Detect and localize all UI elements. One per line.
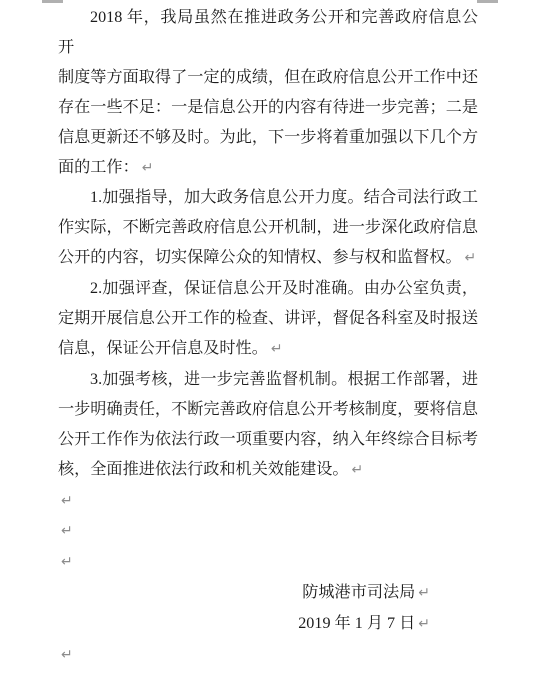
empty-paragraphs-before-signature: ↵↵↵: [58, 486, 478, 579]
text-line-content: 公开的内容，切实保障公众的知情权、参与权和监督权。: [58, 249, 462, 266]
text-line-content: 2018 年，我局虽然在推进政务公开和完善政府信息公开: [58, 9, 478, 56]
text-line-content: 作实际，不断完善政府信息公开机制，进一步深化政府信息: [58, 219, 478, 236]
signature-date-line: 2019 年 1 月 7 日↵: [58, 609, 478, 640]
document-text-block: 2018 年，我局虽然在推进政务公开和完善政府信息公开制度等方面取得了一定的成绩…: [58, 3, 478, 671]
paragraph-return-icon: ↵: [61, 647, 73, 663]
paragraph-return-icon: ↵: [352, 462, 364, 478]
text-line-content: 核，全面推进依法行政和机关效能建设。: [58, 461, 349, 478]
text-line: 信息更新还不够及时。为此，下一步将着重加强以下几个方: [58, 123, 478, 153]
text-line-content: 存在一些不足：一是信息公开的内容有待进一步完善；二是: [58, 99, 478, 116]
document-paragraphs: 2018 年，我局虽然在推进政务公开和完善政府信息公开制度等方面取得了一定的成绩…: [58, 3, 478, 486]
empty-paragraph-line: ↵: [58, 516, 478, 547]
signature-date: 2019 年 1 月 7 日: [298, 615, 415, 632]
text-line: 2018 年，我局虽然在推进政务公开和完善政府信息公开: [58, 3, 478, 63]
paragraph-return-icon: ↵: [271, 341, 283, 357]
text-line-content: 2.加强评查，保证信息公开及时准确。由办公室负责，: [90, 280, 478, 297]
document-page: { "page": { "background": "#ffffff", "te…: [0, 0, 539, 692]
text-line: 存在一些不足：一是信息公开的内容有待进一步完善；二是: [58, 93, 478, 123]
empty-paragraph-line: ↵: [58, 547, 478, 578]
text-line-content: 制度等方面取得了一定的成绩，但在政府信息公开工作中还: [58, 69, 478, 86]
text-line-content: 信息更新还不够及时。为此，下一步将着重加强以下几个方: [58, 129, 478, 146]
paragraph-return-icon: ↵: [61, 523, 73, 539]
paragraph-return-icon: ↵: [142, 160, 154, 176]
text-line-content: 信息，保证公开信息及时性。: [58, 340, 268, 357]
top-boundary-mark-right: [477, 0, 498, 3]
signature-org-line: 防城港市司法局↵: [58, 578, 478, 609]
text-line: 3.加强考核，进一步完善监督机制。根据工作部署，进: [58, 365, 478, 395]
empty-paragraph-line: ↵: [58, 486, 478, 517]
text-line: 公开工作作为依法行政一项重要内容，纳入年终综合目标考: [58, 425, 478, 455]
empty-paragraphs-after-signature: ↵: [58, 640, 478, 671]
text-line: 一步明确责任，不断完善政府信息公开考核制度，要将信息: [58, 395, 478, 425]
empty-paragraph-line: ↵: [58, 640, 478, 671]
text-line: 定期开展信息公开工作的检查、讲评，督促各科室及时报送: [58, 304, 478, 334]
paragraph-return-icon: ↵: [418, 585, 430, 601]
paragraph-return-icon: ↵: [418, 616, 430, 632]
text-line-content: 公开工作作为依法行政一项重要内容，纳入年终综合目标考: [58, 431, 478, 448]
paragraph-return-icon: ↵: [465, 250, 477, 266]
text-line: 制度等方面取得了一定的成绩，但在政府信息公开工作中还: [58, 63, 478, 93]
text-line: 1.加强指导，加大政务信息公开力度。结合司法行政工: [58, 183, 478, 213]
text-line-content: 定期开展信息公开工作的检查、讲评，督促各科室及时报送: [58, 310, 478, 327]
text-line: 作实际，不断完善政府信息公开机制，进一步深化政府信息: [58, 213, 478, 243]
text-line-content: 面的工作：: [58, 159, 139, 176]
paragraph-return-icon: ↵: [61, 493, 73, 509]
text-line: 核，全面推进依法行政和机关效能建设。↵: [58, 455, 478, 486]
text-line: 面的工作：↵: [58, 153, 478, 184]
signature-org: 防城港市司法局: [302, 584, 415, 601]
text-line: 信息，保证公开信息及时性。↵: [58, 334, 478, 365]
text-line: 2.加强评查，保证信息公开及时准确。由办公室负责，: [58, 274, 478, 304]
text-line-content: 一步明确责任，不断完善政府信息公开考核制度，要将信息: [58, 401, 478, 418]
text-line-content: 1.加强指导，加大政务信息公开力度。结合司法行政工: [90, 189, 478, 206]
text-line: 公开的内容，切实保障公众的知情权、参与权和监督权。↵: [58, 243, 478, 274]
text-line-content: 3.加强考核，进一步完善监督机制。根据工作部署，进: [90, 371, 478, 388]
paragraph-return-icon: ↵: [61, 554, 73, 570]
